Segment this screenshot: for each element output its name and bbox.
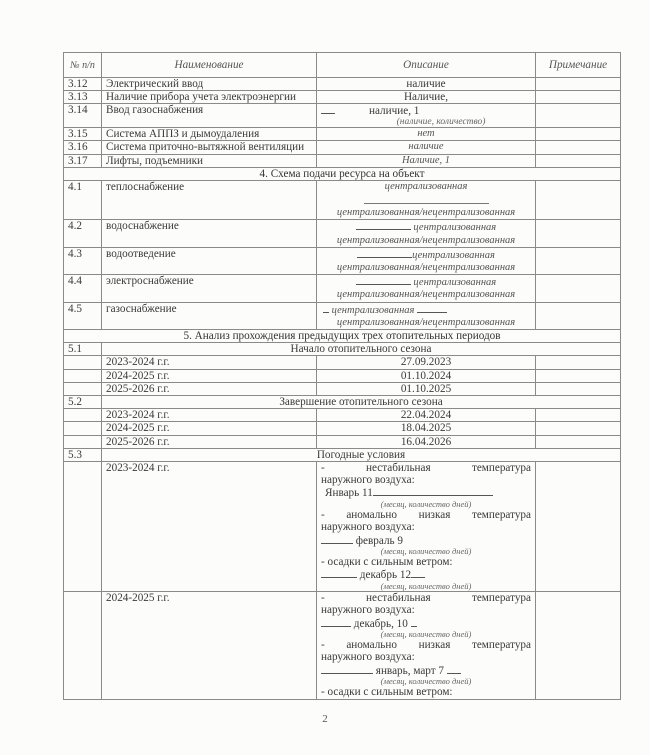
row-name: Система приточно-вытяжной вентиляции (102, 141, 317, 154)
row-num (64, 422, 102, 435)
row-period: 2024-2025 г.г. (102, 369, 317, 382)
blank-line (373, 486, 493, 496)
subsection-title: Погодные условия (102, 448, 621, 461)
row-note (536, 91, 621, 104)
row-num (64, 592, 102, 699)
table-row: 4.4 электроснабжение централизованная це… (64, 275, 621, 302)
row-description: Наличие, (317, 91, 536, 104)
weather-description: - нестабильная температура наружного воз… (317, 461, 536, 591)
header-name: Наименование (102, 53, 317, 78)
blank-line (321, 664, 373, 674)
row-name: Система АППЗ и дымоудаления (102, 128, 317, 141)
row-num: 4.3 (64, 247, 102, 274)
field-hint: (месяц, количество дней) (321, 630, 531, 640)
table-row: 3.13 Наличие прибора учета электроэнерги… (64, 91, 621, 104)
section-title: 5. Анализ прохождения предыдущих трех от… (64, 329, 621, 342)
blank-line (321, 104, 335, 114)
page-number: 2 (0, 713, 650, 725)
weather-label: - нестабильная температура (321, 592, 531, 604)
row-description: наличие (317, 141, 536, 154)
weather-value: Январь 11 (325, 487, 373, 499)
row-num: 4.4 (64, 275, 102, 302)
row-num: 3.14 (64, 104, 102, 128)
table-row: 4.5 газоснабжение централизованная центр… (64, 302, 621, 329)
weather-label: - нестабильная температура (321, 462, 531, 474)
row-description: Наличие, 1 (317, 154, 536, 167)
field-hint: централизованная/нецентрализованная (321, 317, 531, 329)
row-period: 2023-2024 г.г. (102, 409, 317, 422)
row-note (536, 356, 621, 369)
row-num (64, 435, 102, 448)
field-hint: централизованная/нецентрализованная (321, 289, 531, 301)
row-note (536, 275, 621, 302)
row-note (536, 180, 621, 219)
blank-line (364, 193, 489, 204)
subsection-title: Начало отопительного сезона (102, 343, 621, 356)
inspection-table: № п/п Наименование Описание Примечание 3… (63, 52, 621, 700)
row-period: 2023-2024 г.г. (102, 356, 317, 369)
blank-line (417, 303, 447, 313)
subsection-row: 5.2 Завершение отопительного сезона (64, 395, 621, 408)
row-period: 2024-2025 г.г. (102, 422, 317, 435)
section-header: 5. Анализ прохождения предыдущих трех от… (64, 329, 621, 342)
field-hint: (наличие, количество) (321, 118, 531, 128)
blank-line (321, 534, 353, 544)
row-note (536, 592, 621, 699)
subsection-title: Завершение отопительного сезона (102, 395, 621, 408)
table-row: 2023-2024 г.г. 22.04.2024 (64, 409, 621, 422)
table-row: 3.12 Электрический ввод наличие (64, 78, 621, 91)
row-description: централизованная централизованная/нецент… (317, 302, 536, 329)
weather-description: - нестабильная температура наружного воз… (317, 592, 536, 699)
row-num: 3.16 (64, 141, 102, 154)
table-row: 4.2 водоснабжение централизованная центр… (64, 220, 621, 247)
row-name: водоснабжение (102, 220, 317, 247)
field-hint: (месяц, количество дней) (321, 500, 531, 510)
table-row: 2023-2024 г.г. 27.09.2023 (64, 356, 621, 369)
row-name: Лифты, подъемники (102, 154, 317, 167)
weather-label: наружного воздуха: (321, 651, 531, 663)
row-num: 4.5 (64, 302, 102, 329)
row-name: Электрический ввод (102, 78, 317, 91)
row-description: наличие (317, 78, 536, 91)
row-num: 4.1 (64, 180, 102, 219)
blank-line (321, 568, 357, 578)
blank-line (321, 617, 351, 627)
row-date: 27.09.2023 (317, 356, 536, 369)
row-num: 5.2 (64, 395, 102, 408)
field-hint: (месяц, количество дней) (321, 677, 531, 687)
supply-value: централизованная (412, 250, 495, 261)
row-note (536, 461, 621, 591)
section-title: 4. Схема подачи ресурса на объект (64, 167, 621, 180)
table-row: 2024-2025 г.г. 18.04.2025 (64, 422, 621, 435)
row-description: централизованная централизованная/нецент… (317, 220, 536, 247)
subsection-row: 5.1 Начало отопительного сезона (64, 343, 621, 356)
row-date: 18.04.2025 (317, 422, 536, 435)
row-num: 4.2 (64, 220, 102, 247)
row-period: 2024-2025 г.г. (102, 592, 317, 699)
table-row: 3.17 Лифты, подъемники Наличие, 1 (64, 154, 621, 167)
row-name: газоснабжение (102, 302, 317, 329)
field-hint: централизованная/нецентрализованная (321, 235, 531, 247)
blank-line (356, 220, 411, 230)
blank-line (447, 664, 461, 674)
row-note (536, 382, 621, 395)
row-description: наличие, 1 (наличие, количество) (317, 104, 536, 128)
row-note (536, 220, 621, 247)
row-name: электроснабжение (102, 275, 317, 302)
field-hint: централизованная/нецентрализованная (321, 207, 531, 219)
row-num: 3.17 (64, 154, 102, 167)
row-period: 2025-2026 г.г. (102, 382, 317, 395)
row-num: 3.15 (64, 128, 102, 141)
row-name: водоотведение (102, 247, 317, 274)
supply-value: централизованная (413, 277, 496, 288)
row-note (536, 128, 621, 141)
blank-line (323, 303, 329, 313)
row-period: 2025-2026 г.г. (102, 435, 317, 448)
table-row: 3.16 Система приточно-вытяжной вентиляци… (64, 141, 621, 154)
field-hint: централизованная/нецентрализованная (321, 262, 531, 274)
header-description: Описание (317, 53, 536, 78)
row-date: 01.10.2024 (317, 369, 536, 382)
row-name: теплоснабжение (102, 180, 317, 219)
row-description: централизованная централизованная/нецент… (317, 247, 536, 274)
row-name: Ввод газоснабжения (102, 104, 317, 128)
row-num (64, 369, 102, 382)
field-hint: (месяц, количество дней) (321, 582, 531, 592)
weather-label: - аномально низкая температура (321, 509, 531, 521)
table-row: 2024-2025 г.г. 01.10.2024 (64, 369, 621, 382)
table-row: 4.3 водоотведение централизованная центр… (64, 247, 621, 274)
row-note (536, 302, 621, 329)
weather-label: - аномально низкая температура (321, 639, 531, 651)
weather-label: наружного воздуха: (321, 474, 531, 486)
weather-value: январь, март 7 (376, 665, 444, 677)
weather-value: декабрь, 10 (354, 618, 408, 630)
weather-value: декабрь 12 (360, 569, 411, 581)
weather-label: наружного воздуха: (321, 604, 531, 616)
row-description: централизованная централизованная/нецент… (317, 180, 536, 219)
weather-label: наружного воздуха: (321, 521, 531, 533)
row-description: нет (317, 128, 536, 141)
weather-label: - осадки с сильным ветром: (321, 556, 531, 568)
table-row: 4.1 теплоснабжение централизованная цент… (64, 180, 621, 219)
row-note (536, 154, 621, 167)
blank-line (356, 275, 411, 285)
table-row: 3.15 Система АППЗ и дымоудаления нет (64, 128, 621, 141)
weather-value: февраль 9 (356, 535, 403, 547)
table-row: 2025-2026 г.г. 16.04.2026 (64, 435, 621, 448)
blank-line (411, 568, 425, 578)
row-note (536, 409, 621, 422)
header-note: Примечание (536, 53, 621, 78)
row-note (536, 435, 621, 448)
row-num (64, 356, 102, 369)
row-note (536, 104, 621, 128)
supply-value: централизованная (321, 181, 531, 193)
row-note (536, 141, 621, 154)
row-note (536, 247, 621, 274)
row-date: 16.04.2026 (317, 435, 536, 448)
table-row: 2024-2025 г.г. - нестабильная температур… (64, 592, 621, 699)
row-date: 01.10.2025 (317, 382, 536, 395)
weather-label: - осадки с сильным ветром: (321, 686, 531, 698)
row-note (536, 369, 621, 382)
supply-value: централизованная (332, 305, 415, 316)
row-num (64, 382, 102, 395)
row-note (536, 78, 621, 91)
row-num (64, 409, 102, 422)
field-hint: (месяц, количество дней) (321, 547, 531, 557)
blank-line (357, 248, 412, 258)
header-num: № п/п (64, 53, 102, 78)
row-period: 2023-2024 г.г. (102, 461, 317, 591)
section-header: 4. Схема подачи ресурса на объект (64, 167, 621, 180)
blank-line (411, 617, 417, 627)
table-header: № п/п Наименование Описание Примечание (64, 53, 621, 78)
row-description: централизованная централизованная/нецент… (317, 275, 536, 302)
supply-value: централизованная (413, 222, 496, 233)
row-note (536, 422, 621, 435)
subsection-row: 5.3 Погодные условия (64, 448, 621, 461)
row-name: Наличие прибора учета электроэнергии (102, 91, 317, 104)
row-num (64, 461, 102, 591)
table-row: 3.14 Ввод газоснабжения наличие, 1 (нали… (64, 104, 621, 128)
table-row: 2023-2024 г.г. - нестабильная температур… (64, 461, 621, 591)
row-num: 3.12 (64, 78, 102, 91)
description-value: наличие, 1 (369, 105, 419, 117)
row-num: 5.1 (64, 343, 102, 356)
row-num: 3.13 (64, 91, 102, 104)
row-num: 5.3 (64, 448, 102, 461)
row-date: 22.04.2024 (317, 409, 536, 422)
table-row: 2025-2026 г.г. 01.10.2025 (64, 382, 621, 395)
